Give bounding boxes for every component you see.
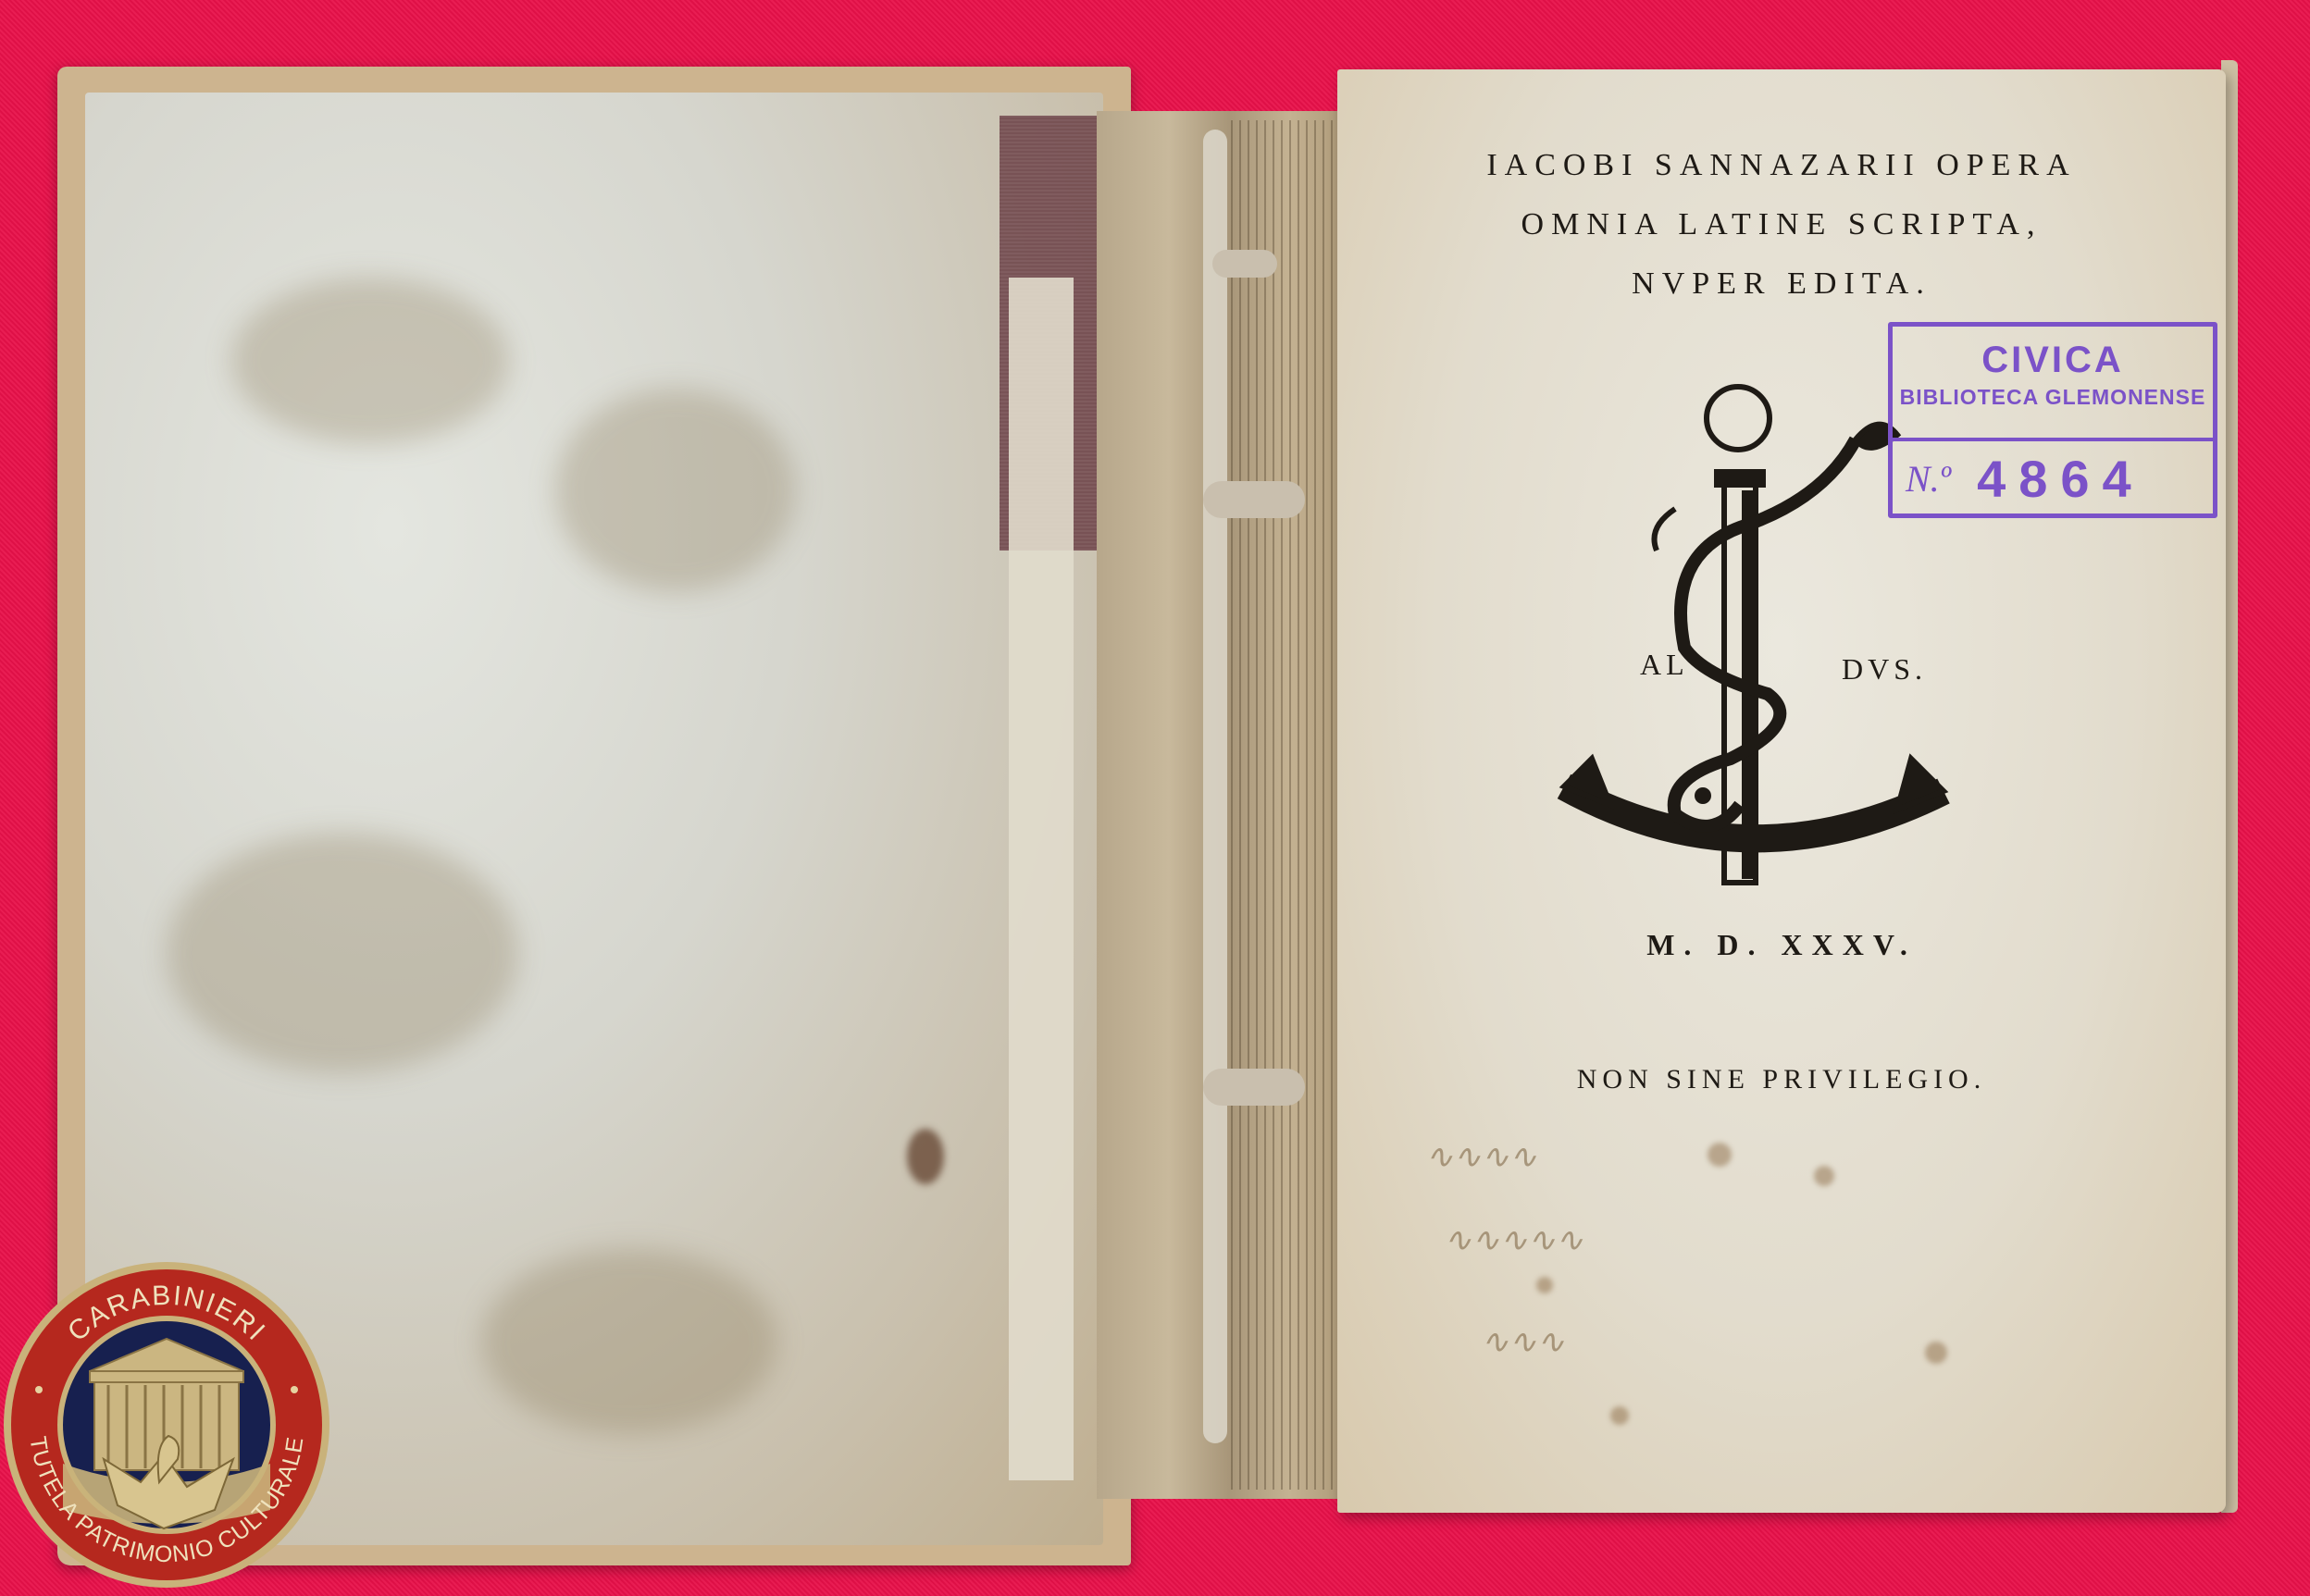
handwritten-inscription: ∿∿∿∿∿ bbox=[1444, 1221, 1583, 1259]
foxing-spot bbox=[1814, 1166, 1834, 1186]
library-stamp: CIVICA BIBLIOTECA GLEMONENSE N.º 4864 bbox=[1888, 322, 2217, 518]
stamp-number: 4864 bbox=[1977, 449, 2144, 509]
title-line-2: OMNIA LATINE SCRIPTA, bbox=[1337, 207, 2226, 242]
device-text-right: DVS. bbox=[1842, 652, 1927, 687]
stamp-line-2: BIBLIOTECA GLEMONENSE bbox=[1893, 385, 2213, 410]
stain bbox=[231, 278, 509, 444]
stain bbox=[481, 1249, 777, 1434]
foxing-spot bbox=[1610, 1406, 1629, 1425]
ink-blot bbox=[907, 1129, 944, 1184]
cord-knot bbox=[1212, 250, 1277, 278]
stamp-number-prefix: N.º bbox=[1906, 457, 1951, 501]
handwritten-inscription: ∿∿∿∿ bbox=[1425, 1138, 1537, 1176]
foxing-spot bbox=[1536, 1277, 1553, 1293]
title-line-3: NVPER EDITA. bbox=[1337, 266, 2226, 302]
title-line-1: IACOBI SANNAZARII OPERA bbox=[1337, 148, 2226, 183]
cord-knot bbox=[1203, 481, 1305, 518]
privilege-line: NON SINE PRIVILEGIO. bbox=[1337, 1064, 2226, 1095]
handwritten-inscription: ∿∿∿ bbox=[1481, 1323, 1565, 1361]
foxing-spot bbox=[1925, 1342, 1947, 1364]
cord-knot bbox=[1203, 1069, 1305, 1106]
sewing-cord bbox=[1203, 130, 1227, 1443]
stain bbox=[167, 833, 518, 1073]
torn-paper-strip bbox=[1009, 278, 1074, 1480]
carabinieri-tpc-badge: CARABINIERI TUTELA PATRIMONIO CULTURALE bbox=[2, 1260, 331, 1590]
stamp-line-1: CIVICA bbox=[1893, 327, 2213, 381]
foxing-spot bbox=[1708, 1143, 1732, 1167]
gathering-lines bbox=[1231, 120, 1333, 1490]
device-text-left: AL bbox=[1640, 648, 1689, 682]
stain bbox=[555, 389, 796, 592]
imprint-year: M. D. XXXV. bbox=[1337, 928, 2226, 962]
